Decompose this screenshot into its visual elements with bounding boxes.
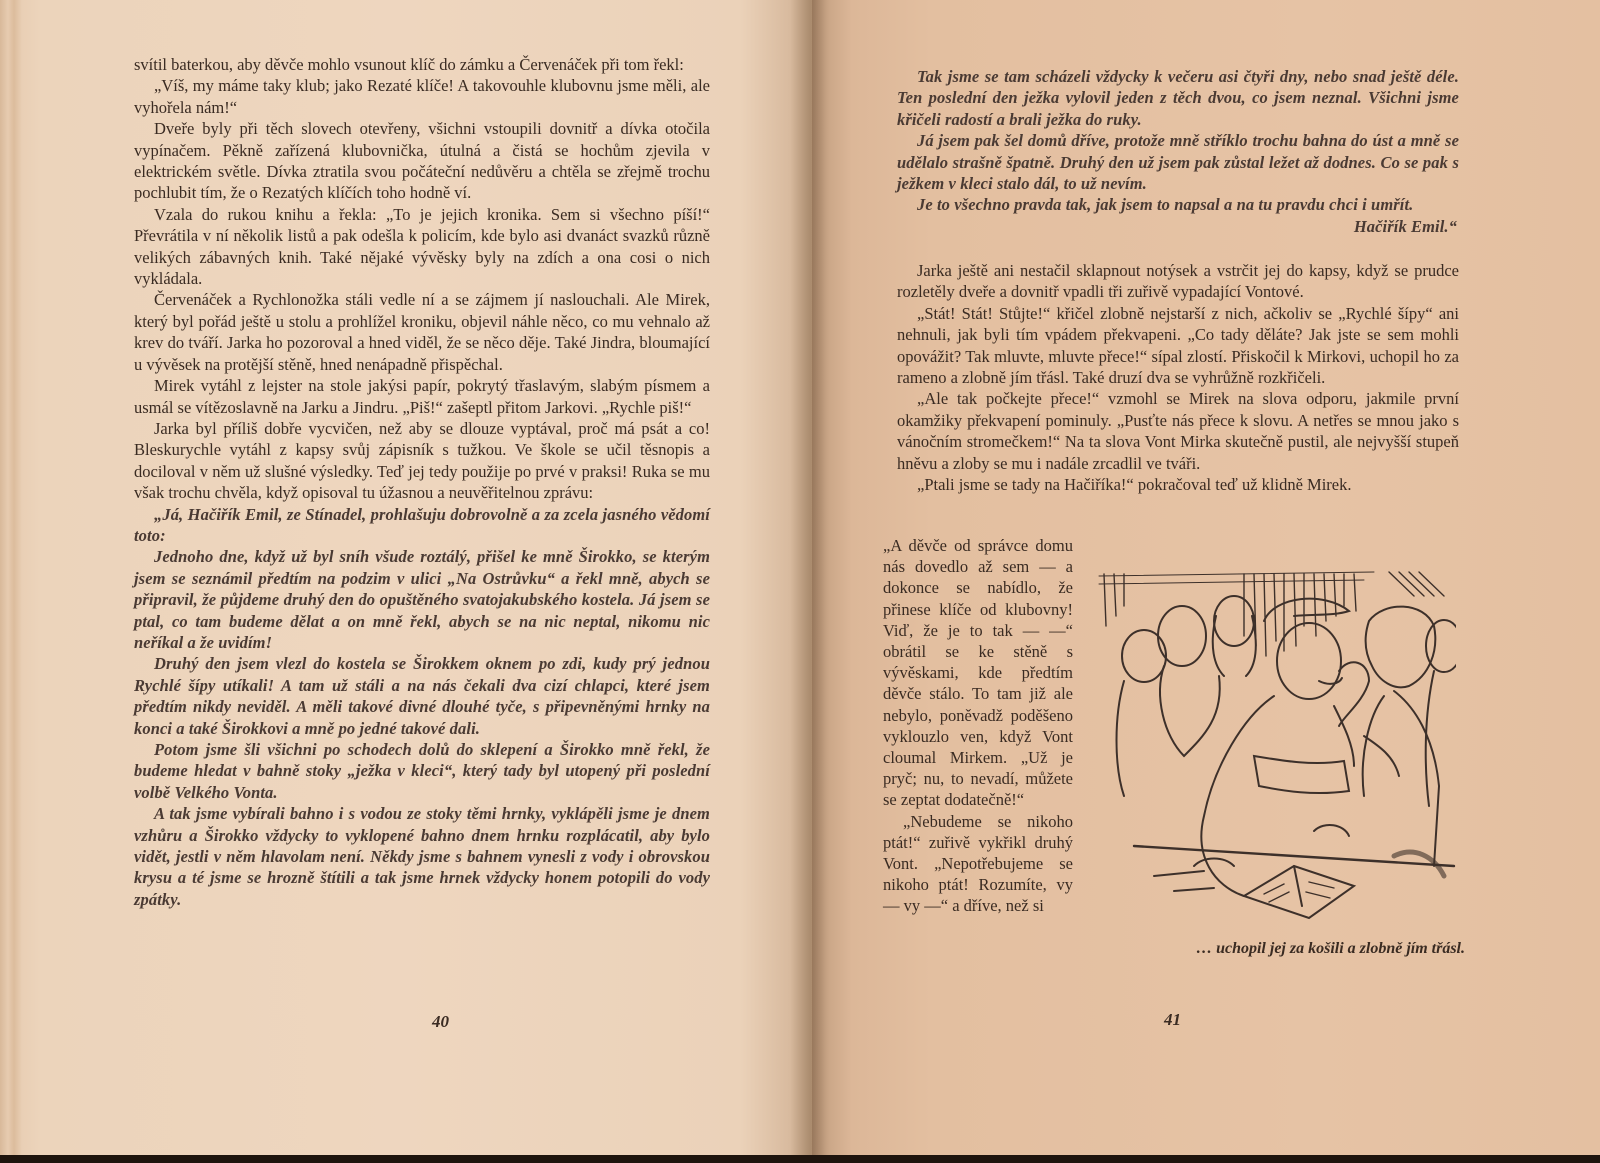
letter-paragraph: Jednoho dne, když už byl sníh všude rozt… <box>134 546 710 653</box>
paragraph: „Ptali jsme se tady na Hačiříka!“ pokrač… <box>897 474 1459 495</box>
letter-paragraph: „Já, Hačiřík Emil, ze Stínadel, prohlašu… <box>134 504 710 547</box>
paragraph: Dveře byly při těch slovech otevřeny, vš… <box>134 118 710 204</box>
page-number-left: 40 <box>432 1012 449 1032</box>
letter-paragraph: Tak jsme se tam scházeli vždycky k večer… <box>897 66 1459 130</box>
paragraph: Jarka byl příliš dobře vycvičen, než aby… <box>134 418 710 504</box>
paragraph: „Ale tak počkejte přece!“ vzmohl se Mire… <box>897 388 1459 474</box>
illustration-boys-confrontation <box>1094 566 1456 926</box>
paragraph: svítil baterkou, aby děvče mohlo vsunout… <box>134 54 710 75</box>
page-number-right: 41 <box>1164 1010 1181 1030</box>
right-page-column: „A děvče od správce domu nás dovedlo až … <box>883 535 1073 917</box>
paragraph: „Stát! Stát! Stůjte!“ křičel zlobně nejs… <box>897 303 1459 389</box>
letter-paragraph: Druhý den jsem vlezl do kostela se Širok… <box>134 653 710 739</box>
paragraph: Vzala do rukou knihu a řekla: „To je jej… <box>134 204 710 290</box>
paragraph: „Víš, my máme taky klub; jako Rezaté klí… <box>134 75 710 118</box>
letter-paragraph: Potom jsme šli všichni po schodech dolů … <box>134 739 710 803</box>
right-page-letter: Tak jsme se tam scházeli vždycky k večer… <box>897 66 1459 237</box>
paragraph: „A děvče od správce domu nás dovedlo až … <box>883 535 1073 811</box>
book-gutter <box>790 0 830 1155</box>
paragraph: Jarka ještě ani nestačil sklapnout notýs… <box>897 260 1459 303</box>
letter-paragraph: A tak jsme vybírali bahno i s vodou ze s… <box>134 803 710 910</box>
paragraph: „Nebudeme se nikoho ptát!“ zuřivě vykřik… <box>883 811 1073 917</box>
illustration-caption: … uchopil jej za košili a zlobně jím třá… <box>1095 940 1465 958</box>
ink-drawing-icon <box>1094 566 1456 926</box>
scan-edge <box>0 1155 1600 1163</box>
book-spread: svítil baterkou, aby děvče mohlo vsunout… <box>0 0 1600 1163</box>
right-page-body: Jarka ještě ani nestačil sklapnout notýs… <box>897 260 1459 495</box>
paragraph: Mirek vytáhl z lejster na stole jakýsi p… <box>134 375 710 418</box>
paragraph: Červenáček a Rychlonožka stáli vedle ní … <box>134 289 710 375</box>
letter-paragraph: Já jsem pak šel domů dříve, protože mně … <box>897 130 1459 194</box>
left-page-body: svítil baterkou, aby děvče mohlo vsunout… <box>134 54 710 910</box>
letter-paragraph: Je to všechno pravda tak, jak jsem to na… <box>897 194 1459 215</box>
letter-signature: Hačiřík Emil.“ <box>897 216 1459 237</box>
